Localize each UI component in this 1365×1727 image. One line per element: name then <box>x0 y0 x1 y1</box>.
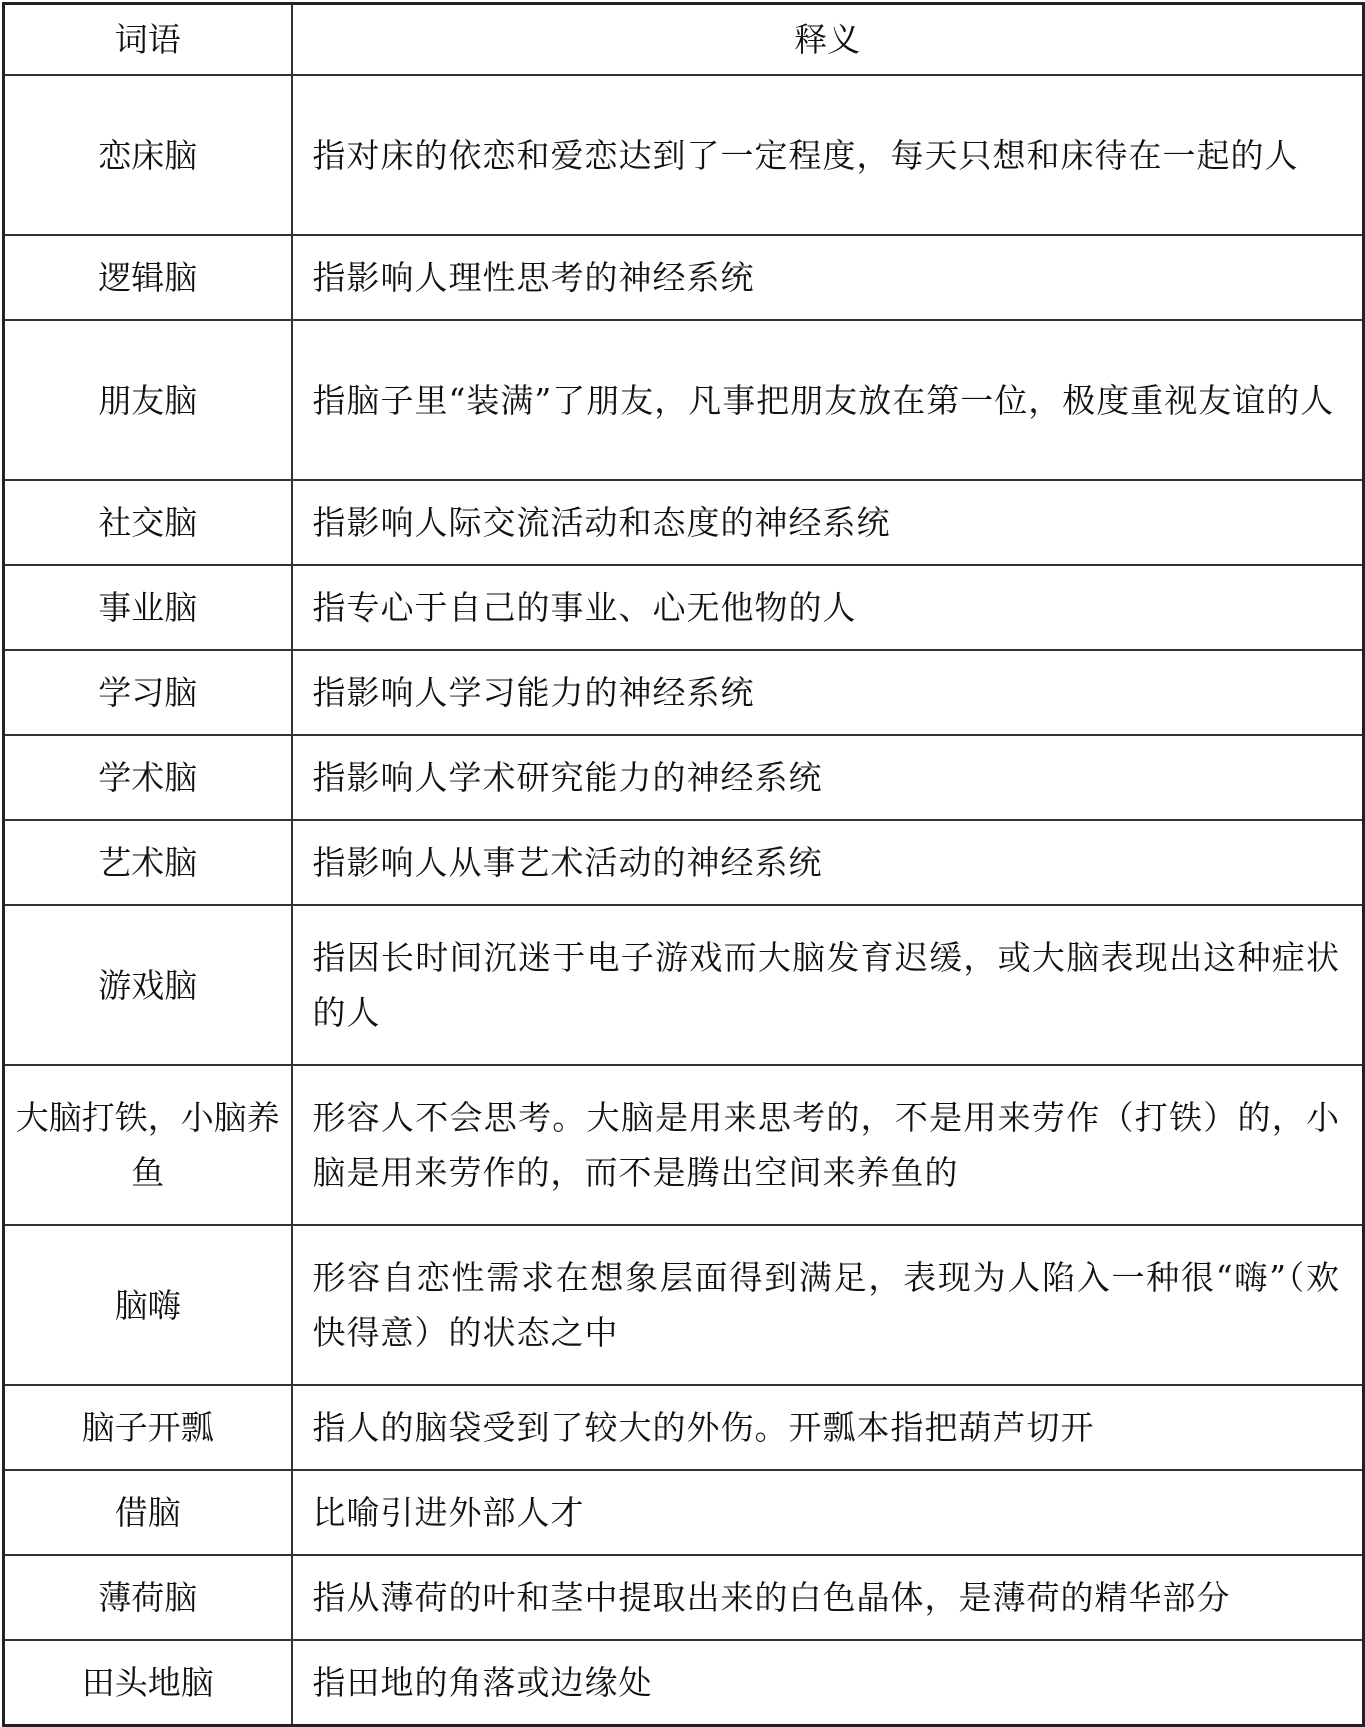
glossary-table: 词语 释义 恋床脑 指对床的依恋和爱恋达到了一定程度，每天只想和床待在一起的人 … <box>2 2 1365 1521</box>
header-term: 词语 <box>4 4 292 76</box>
table-row: 朋友脑 指脑子里“装满”了朋友，凡事把朋友放在第一位，极度重视友谊的人 <box>4 320 1364 480</box>
definition-cell: 指影响人从事艺术活动的神经系统 <box>292 820 1364 905</box>
table-row: 借脑 比喻引进外部人才 <box>4 1470 1364 1521</box>
term-cell: 逻辑脑 <box>4 235 292 320</box>
term-cell: 艺术脑 <box>4 820 292 905</box>
table-row: 艺术脑 指影响人从事艺术活动的神经系统 <box>4 820 1364 905</box>
table-row: 游戏脑 指因长时间沉迷于电子游戏而大脑发育迟缓，或大脑表现出这种症状的人 <box>4 905 1364 1065</box>
definition-cell: 比喻引进外部人才 <box>292 1470 1364 1521</box>
term-cell: 学习脑 <box>4 650 292 735</box>
table-row: 大脑打铁，小脑养鱼 形容人不会思考。大脑是用来思考的，不是用来劳作（打铁）的，小… <box>4 1065 1364 1225</box>
definition-cell: 指影响人学术研究能力的神经系统 <box>292 735 1364 820</box>
definition-cell: 形容人不会思考。大脑是用来思考的，不是用来劳作（打铁）的，小脑是用来劳作的，而不… <box>292 1065 1364 1225</box>
term-cell: 脑子开瓢 <box>4 1385 292 1470</box>
table-row: 社交脑 指影响人际交流活动和态度的神经系统 <box>4 480 1364 565</box>
table-row: 恋床脑 指对床的依恋和爱恋达到了一定程度，每天只想和床待在一起的人 <box>4 75 1364 235</box>
header-row: 词语 释义 <box>4 4 1364 76</box>
term-cell: 学术脑 <box>4 735 292 820</box>
definition-cell: 指脑子里“装满”了朋友，凡事把朋友放在第一位，极度重视友谊的人 <box>292 320 1364 480</box>
table-row: 脑嗨 形容自恋性需求在想象层面得到满足，表现为人陷入一种很“嗨”（欢快得意）的状… <box>4 1225 1364 1385</box>
table-row: 逻辑脑 指影响人理性思考的神经系统 <box>4 235 1364 320</box>
term-cell: 恋床脑 <box>4 75 292 235</box>
definition-cell: 指影响人际交流活动和态度的神经系统 <box>292 480 1364 565</box>
term-cell: 大脑打铁，小脑养鱼 <box>4 1065 292 1225</box>
table-row: 脑子开瓢 指人的脑袋受到了较大的外伤。开瓢本指把葫芦切开 <box>4 1385 1364 1470</box>
term-cell: 脑嗨 <box>4 1225 292 1385</box>
definition-cell: 形容自恋性需求在想象层面得到满足，表现为人陷入一种很“嗨”（欢快得意）的状态之中 <box>292 1225 1364 1385</box>
table-row: 学术脑 指影响人学术研究能力的神经系统 <box>4 735 1364 820</box>
table-row: 学习脑 指影响人学习能力的神经系统 <box>4 650 1364 735</box>
term-cell: 借脑 <box>4 1470 292 1521</box>
definition-cell: 指专心于自己的事业、心无他物的人 <box>292 565 1364 650</box>
definition-cell: 指人的脑袋受到了较大的外伤。开瓢本指把葫芦切开 <box>292 1385 1364 1470</box>
definition-cell: 指对床的依恋和爱恋达到了一定程度，每天只想和床待在一起的人 <box>292 75 1364 235</box>
term-cell: 事业脑 <box>4 565 292 650</box>
definition-cell: 指影响人理性思考的神经系统 <box>292 235 1364 320</box>
term-cell: 社交脑 <box>4 480 292 565</box>
definition-cell: 指影响人学习能力的神经系统 <box>292 650 1364 735</box>
table-row: 事业脑 指专心于自己的事业、心无他物的人 <box>4 565 1364 650</box>
header-definition: 释义 <box>292 4 1364 76</box>
term-cell: 朋友脑 <box>4 320 292 480</box>
term-cell: 游戏脑 <box>4 905 292 1065</box>
definition-cell: 指因长时间沉迷于电子游戏而大脑发育迟缓，或大脑表现出这种症状的人 <box>292 905 1364 1065</box>
